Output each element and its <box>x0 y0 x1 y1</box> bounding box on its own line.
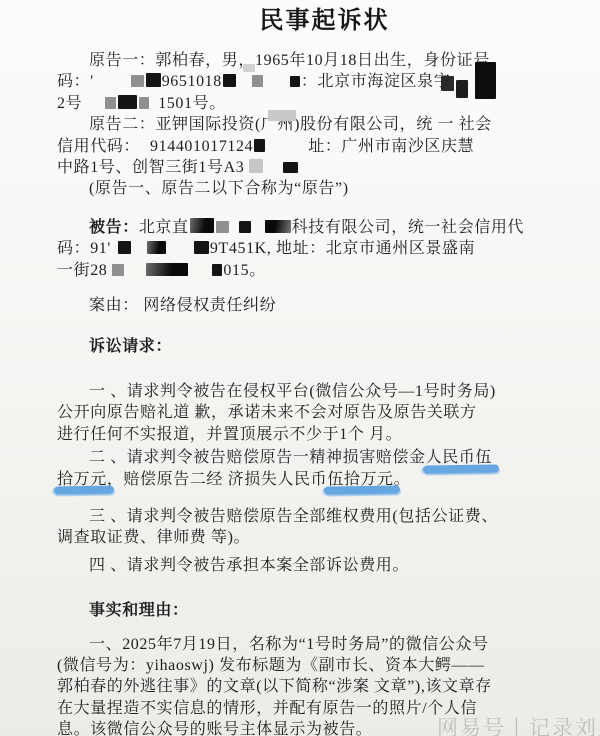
redaction-box <box>131 75 144 87</box>
redaction-box <box>146 263 188 276</box>
text-line: 案由： 网络侵权责任纠纷 <box>57 295 566 316</box>
redaction-box <box>456 80 468 98</box>
claims-heading: 诉讼请求： <box>57 336 566 357</box>
text-segment: 北京直 <box>139 219 189 236</box>
text-segment: 015。 <box>223 262 265 279</box>
text-segment: 9T451K, 地址：北京市通州区景盛南 <box>210 240 475 257</box>
text-segment: 四 、请求判令被告承担本案全部诉讼费用。 <box>89 557 409 574</box>
redaction-box <box>223 74 236 87</box>
redaction-box <box>254 139 265 152</box>
redaction-box <box>239 221 251 233</box>
redaction-box <box>268 110 296 121</box>
text-line: 二 、请求判令被告赔偿原告一精神损害赔偿金人民币伍 <box>57 447 566 468</box>
text-segment: 在大量捏造不实信息的情形，并配有原告一的照片/个人信 <box>57 700 477 717</box>
text-line: 进行任何不实报道，并置顶展示不少于1个 月。 <box>57 424 566 445</box>
text-segment: 案由： 网络侵权责任纠纷 <box>89 297 276 314</box>
text-line: 信用代码：914401017124址：广州市南沙区庆慧 <box>57 136 566 157</box>
watermark: 网易号丨记录刘杰 <box>437 712 600 736</box>
text-segment: 事实和理由： <box>89 602 189 619</box>
text-segment: 914401017124 <box>150 138 253 155</box>
claim-1: 一 、请求判令被告在侵权平台(微信公众号—1号时务局)公开向原告赔礼道 歉，承诺… <box>57 381 566 445</box>
redaction-box <box>252 75 263 87</box>
text-line: 被告：北京直科技有限公司，统一社会信用代 <box>57 217 566 238</box>
text-segment: 一街28 <box>57 262 107 279</box>
highlighted-text: 伍拾万元 <box>327 469 393 490</box>
document-title: 民事起诉状 <box>70 6 579 36</box>
document-body: 民事起诉状 原告一：郭柏春，男，1965年10月18日出生，身份证号码：'965… <box>0 0 600 736</box>
redaction-box <box>441 76 454 91</box>
text-segment: 码：91' <box>57 240 111 257</box>
case-cause: 案由： 网络侵权责任纠纷 <box>57 295 566 316</box>
redaction-box <box>212 264 222 276</box>
facts-heading: 事实和理由： <box>57 600 566 621</box>
text-segment: 9651018 <box>162 73 222 90</box>
spacer <box>132 251 146 253</box>
text-line: 郭柏春的外逃往事》的文章(以下简称“涉案 文章”),该文章存 <box>57 676 566 697</box>
redaction-box <box>118 95 137 109</box>
text-segment: ：北京市海淀区泉宇 <box>301 73 450 90</box>
text-segment: 三 、请求判令被告赔偿原告全部维权费用(包括公证费、 <box>89 508 498 525</box>
text-segment: 被告： <box>89 219 139 236</box>
redaction-box <box>112 264 124 276</box>
text-line: (微信号为：yihaoswj) 发布标题为《副市长、资本大鳄—— <box>57 655 566 676</box>
redaction-box <box>475 62 496 99</box>
watermark-account: 记录刘杰 <box>529 717 600 736</box>
redaction-box <box>216 221 229 233</box>
text-line: 四 、请求判令被告承担本案全部诉讼费用。 <box>57 555 566 576</box>
text-segment: 公开向原告赔礼道 歉，承诺未来不会对原告及原告关联方 <box>57 404 477 421</box>
spacer <box>264 170 282 172</box>
text-segment: 一 、请求判令被告在侵权平台(微信公众号—1号时务局) <box>89 383 496 400</box>
text-segment: 进行任何不实报道，并置顶展示不少于1个 月。 <box>57 426 402 443</box>
redaction-box <box>147 241 166 254</box>
text-line: 事实和理由： <box>57 600 566 621</box>
plaintiff-2: 原告二：亚钾国际投资(广州)股份有限公司，统 一 社会信用代码：91440101… <box>57 114 566 200</box>
text-line: 诉讼请求： <box>57 336 566 357</box>
text-line: 一、2025年7月19日，名称为“1号时务局”的微信公众号 <box>57 634 566 655</box>
claim-4: 四 、请求判令被告承担本案全部诉讼费用。 <box>57 555 566 576</box>
spacer <box>167 251 193 253</box>
redaction-box <box>139 97 149 109</box>
spacer <box>266 149 308 151</box>
text-segment: ，赔偿原告二经 济损失人民币 <box>107 471 327 488</box>
text-line: 原告二：亚钾国际投资(广州)股份有限公司，统 一 社会 <box>57 114 566 135</box>
claim-3: 三 、请求判令被告赔偿原告全部维权费用(包括公证费、调查取证费、律师费 等)。 <box>57 506 566 549</box>
text-segment: 信用代码： <box>57 138 140 155</box>
text-line: 三 、请求判令被告赔偿原告全部维权费用(包括公证费、 <box>57 506 566 527</box>
redaction-box <box>146 73 161 87</box>
text-segment: 中路1号、创智三街1号A3 <box>57 159 244 176</box>
spacer <box>107 273 111 275</box>
text-segment: 科技有限公司，统一社会信用代 <box>292 219 524 236</box>
document-blocks: 原告一：郭柏春，男，1965年10月18日出生，身份证号码：'9651018：北… <box>57 50 566 736</box>
text-segment: 一、2025年7月19日，名称为“1号时务局”的微信公众号 <box>89 636 489 653</box>
text-segment: 调查取证费、律师费 等)。 <box>57 529 250 546</box>
text-segment: 1501号。 <box>158 95 226 112</box>
text-line: 码：91'9T451K, 地址：北京市通州区景盛南 <box>57 238 566 259</box>
redaction-box <box>194 241 209 254</box>
redaction-box <box>105 97 116 109</box>
redaction-box <box>190 218 214 233</box>
spacer <box>111 251 117 253</box>
defendant: 被告：北京直科技有限公司，统一社会信用代码：91'9T451K, 地址：北京市通… <box>57 217 566 281</box>
text-segment: 郭柏春的外逃往事》的文章(以下简称“涉案 文章”),该文章存 <box>57 678 492 695</box>
highlighted-text: 拾万元 <box>57 469 107 490</box>
text-segment: 2号 <box>57 95 82 112</box>
text-segment: 码：' <box>57 73 94 90</box>
spacer <box>264 84 289 86</box>
spacer <box>94 84 130 86</box>
redaction-box <box>283 162 298 173</box>
text-segment: 二 、请求判令被告赔偿原告一精神损害赔偿金 <box>89 449 426 466</box>
text-segment: (微信号为：yihaoswj) 发布标题为《副市长、资本大鳄—— <box>57 657 485 674</box>
watermark-platform: 网易号 <box>437 717 506 736</box>
text-segment: 原告一：郭柏春，男，1965年10月18日出生，身份证号 <box>89 52 490 69</box>
text-line: 公开向原告赔礼道 歉，承诺未来不会对原告及原告关联方 <box>57 402 566 423</box>
highlighted-text: 人民币伍 <box>426 447 492 468</box>
text-line: 一街28015。 <box>57 260 566 281</box>
redaction-box <box>265 220 291 233</box>
text-segment: 诉讼请求： <box>89 338 172 355</box>
text-line: 调查取证费、律师费 等)。 <box>57 527 566 548</box>
redaction-box <box>118 241 131 254</box>
spacer <box>237 84 251 86</box>
text-segment: (原告一、原告二以下合称为“原告”) <box>89 180 349 197</box>
spacer <box>150 106 158 108</box>
spacer <box>189 273 211 275</box>
spacer <box>140 149 150 151</box>
spacer <box>244 170 248 172</box>
redaction-box <box>243 64 255 72</box>
spacer <box>82 106 104 108</box>
text-line: 中路1号、创智三街1号A3 <box>57 157 566 178</box>
spacer <box>230 230 238 232</box>
spacer <box>125 273 145 275</box>
claim-2: 二 、请求判令被告赔偿原告一精神损害赔偿金人民币伍拾万元，赔偿原告二经 济损失人… <box>57 447 566 490</box>
spacer <box>252 230 264 232</box>
text-line: 一 、请求判令被告在侵权平台(微信公众号—1号时务局) <box>57 381 566 402</box>
watermark-divider: 丨 <box>506 717 529 736</box>
redaction-box <box>290 76 300 87</box>
document-photo: 民事起诉状 原告一：郭柏春，男，1965年10月18日出生，身份证号码：'965… <box>0 0 600 736</box>
redaction-box <box>249 159 263 173</box>
text-line: (原告一、原告二以下合称为“原告”) <box>57 178 566 199</box>
text-segment: 址：广州市南沙区庆慧 <box>308 138 474 155</box>
text-segment: 息。该微信公众号的账号主体显示为被告。 <box>57 721 372 736</box>
